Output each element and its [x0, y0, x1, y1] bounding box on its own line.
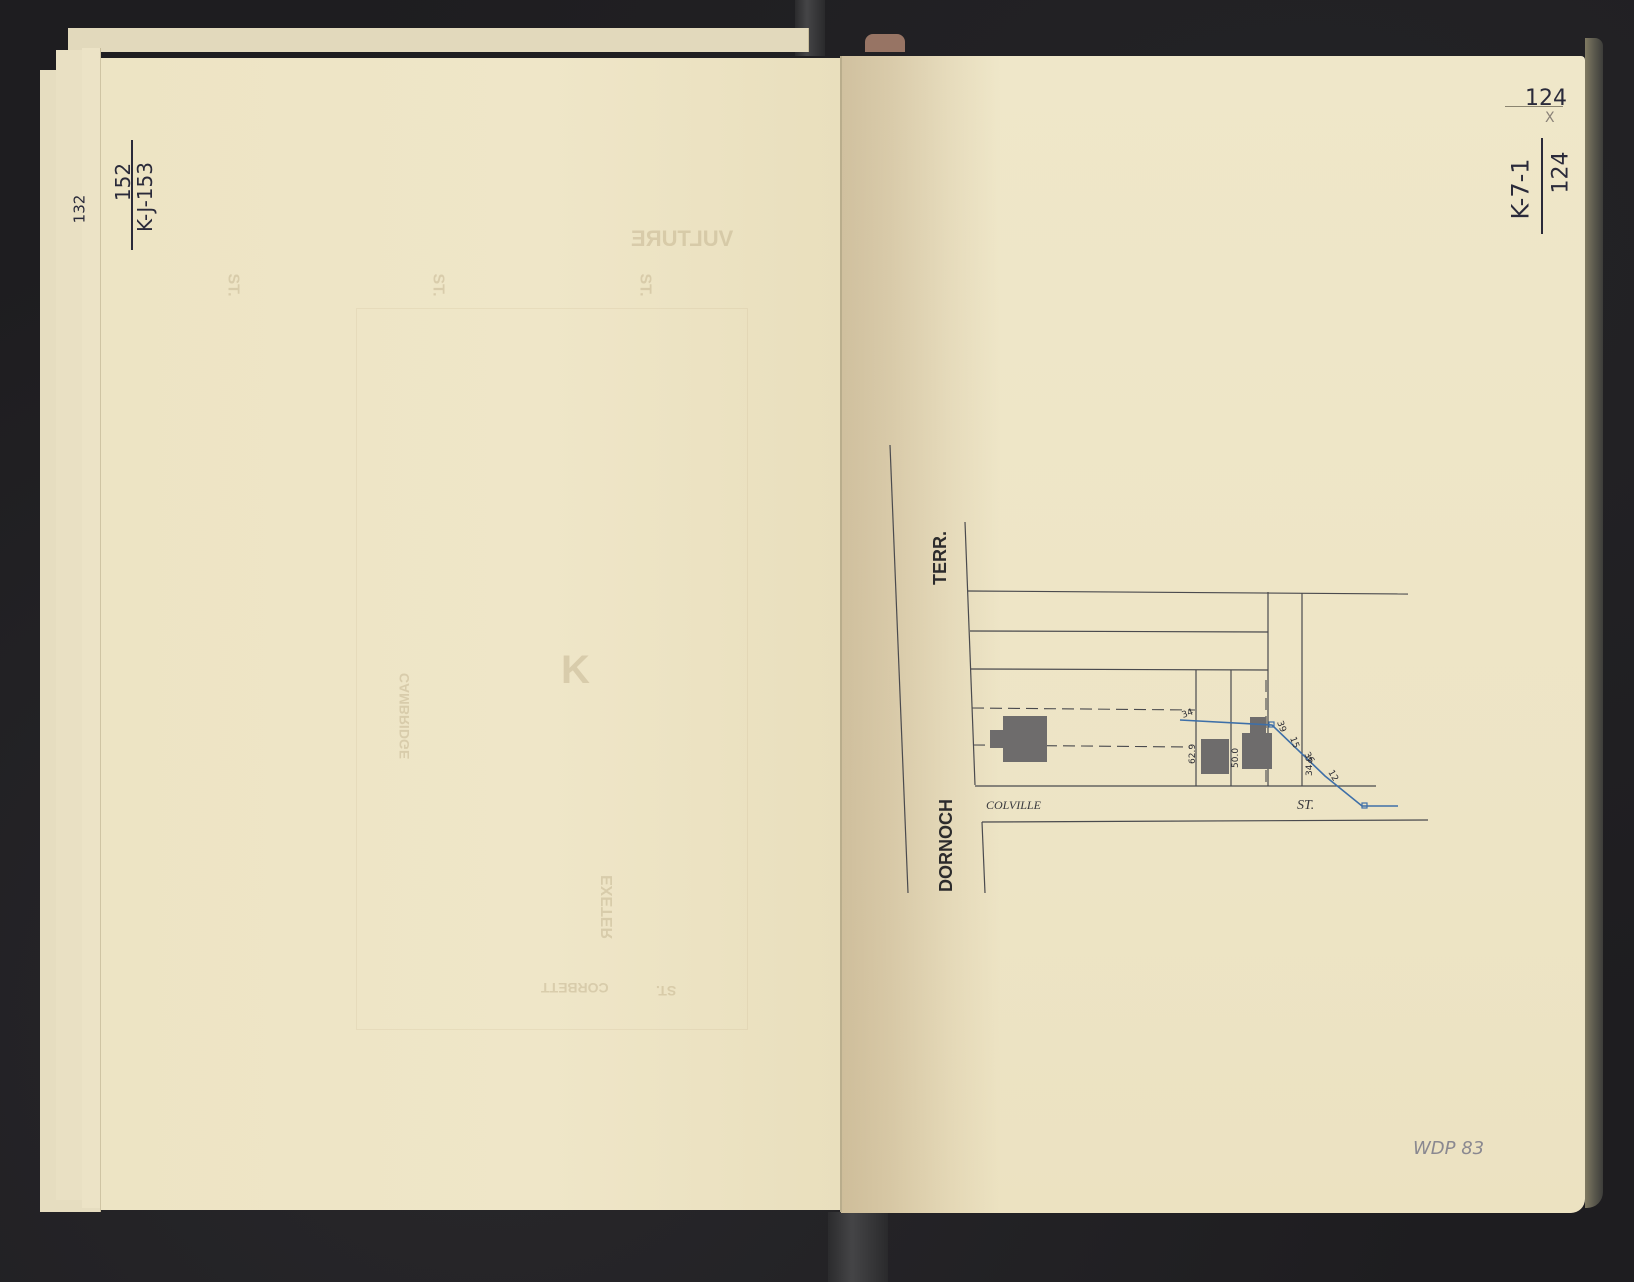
street-edge-west [890, 445, 908, 893]
dimension-label: 34 [1181, 707, 1195, 720]
street-edge-east-lower [982, 822, 985, 893]
street-label-colville: COLVILLE [986, 798, 1042, 812]
street-label-terr: TERR. [930, 531, 950, 585]
street-label-st: ST. [1297, 798, 1314, 813]
street-label-dornoch: DORNOCH [936, 799, 956, 892]
dimension-label: 39 [1274, 720, 1287, 734]
dimension-label: 62.9 [1188, 744, 1198, 764]
dimension-label: 50.0 [1231, 748, 1241, 768]
dimension-label: 12 [1325, 769, 1339, 784]
dimension-label: 15 [1287, 736, 1300, 750]
buildings [990, 716, 1272, 774]
site-plan-map: DORNOCH TERR. COLVILLE ST. 62.9 50.0 34.… [0, 0, 1634, 1282]
